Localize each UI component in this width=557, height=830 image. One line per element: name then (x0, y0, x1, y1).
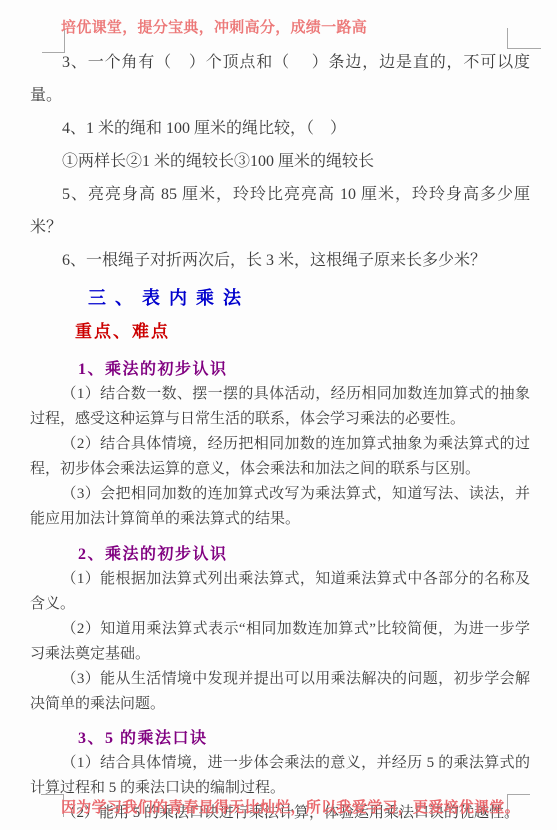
topic-2-point-1: （1）能根据加法算式列出乘法算式，知道乘法算式中各部分的名称及含义。 (30, 567, 530, 617)
page-footer-slogan: 因为学习我们的青春显得无比灿烂，所以我爱学习，更爱培优课堂。 (61, 796, 520, 817)
topic-2-heading: 2、乘法的初步认识 (78, 542, 530, 567)
section-title: 三、表内乘法 (88, 285, 530, 311)
topic-3-point-1: （1）结合具体情境，进一步体会乘法的意义，并经历 5 的乘法算式的计算过程和 5… (30, 751, 530, 801)
topic-1-point-3: （3）会把相同加数的连加算式改写为乘法算式，知道写法、读法，并能应用加法计算简单… (30, 482, 530, 532)
question-6: 6、一根绳子对折两次后，长 3 米，这根绳子原来长多少米？ (30, 244, 530, 277)
document-page: 培优课堂，提分宝典，冲刺高分，成绩一路高 3、一个角有（ ）个顶点和（ ）条边，… (0, 0, 557, 830)
topic-2-point-3: （3）能从生活情境中发现并提出可以用乘法解决的问题，初步学会解决简单的乘法问题。 (30, 667, 530, 717)
document-body: 3、一个角有（ ）个顶点和（ ）条边，边是直的，不可以度量。 4、1 米的绳和 … (30, 46, 530, 826)
question-5: 5、亮亮身高 85 厘米，玲玲比亮亮高 10 厘米，玲玲身高多少厘米？ (30, 178, 530, 244)
page-header-slogan: 培优课堂，提分宝典，冲刺高分，成绩一路高 (61, 16, 367, 37)
topic-1-heading: 1、乘法的初步认识 (78, 357, 530, 382)
topic-2-point-2: （2）知道用乘法算式表示“相同加数连加算式”比较简便，为进一步学习乘法奠定基础。 (30, 617, 530, 667)
question-4-options: ①两样长②1 米的绳较长③100 厘米的绳较长 (30, 145, 530, 178)
section-subtitle: 重点、难点 (75, 319, 530, 345)
topic-1-point-1: （1）结合数一数、摆一摆的具体活动，经历相同加数连加算式的抽象过程，感受这种运算… (30, 382, 530, 432)
question-3: 3、一个角有（ ）个顶点和（ ）条边，边是直的，不可以度量。 (30, 46, 530, 112)
question-4: 4、1 米的绳和 100 厘米的绳比较，（ ） (30, 112, 530, 145)
topic-3-heading: 3、5 的乘法口诀 (78, 726, 530, 751)
topic-1-point-2: （2）结合具体情境，经历把相同加数的连加算式抽象为乘法算式的过程，初步体会乘法运… (30, 432, 530, 482)
